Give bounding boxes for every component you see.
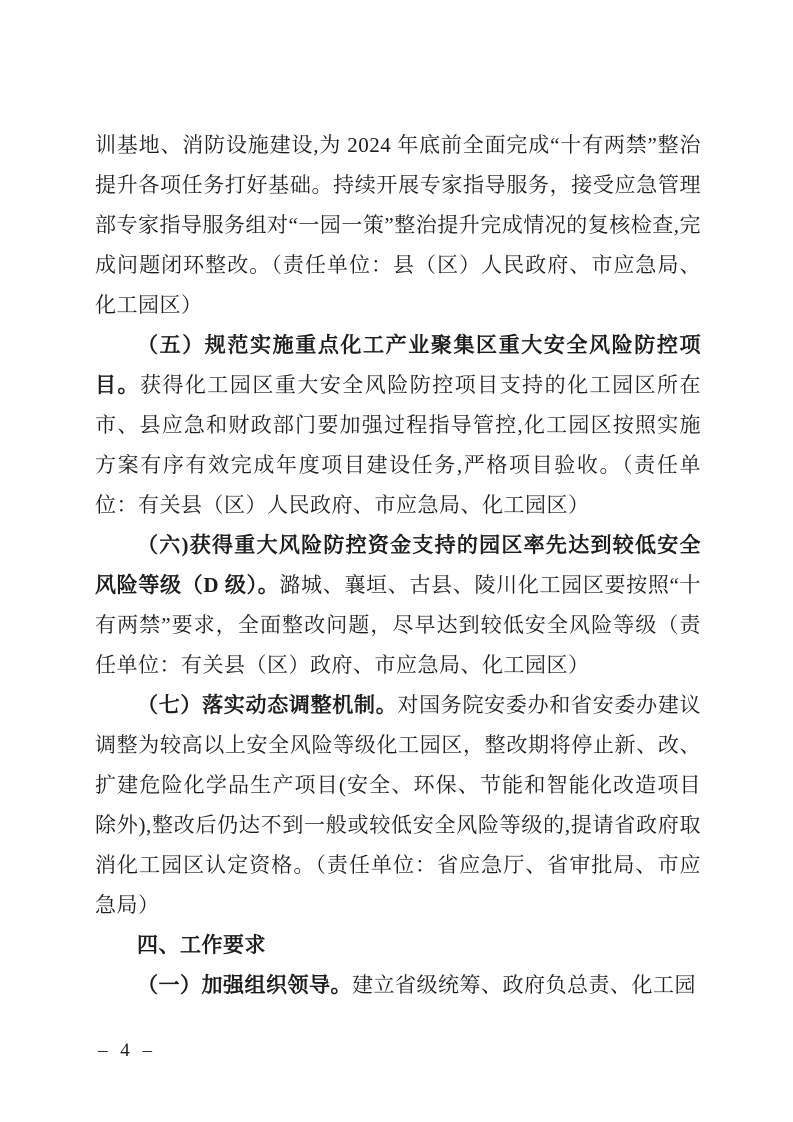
page-number: – 4 – xyxy=(98,1040,156,1062)
item-5-body: 获得化工园区重大安全风险防控项目支持的化工园区所在市、县应急和财政部门要加强过程… xyxy=(95,373,701,517)
document-page: 训基地、消防设施建设,为 2024 年底前全面完成“十有两禁”整治提升各项任务打… xyxy=(0,0,793,1122)
item-7-heading: （七）落实动态调整机制。 xyxy=(137,693,397,717)
paragraph-item-7: （七）落实动态调整机制。对国务院安委办和省安委办建议调整为较高以上安全风险等级化… xyxy=(95,685,701,925)
paragraph-item-1-section-4: （一）加强组织领导。建立省级统筹、政府负总责、化工园 xyxy=(95,965,701,1005)
item-1-body: 建立省级统筹、政府负总责、化工园 xyxy=(352,973,696,997)
item-1-heading: （一）加强组织领导。 xyxy=(137,973,352,997)
section-4-heading-text: 四、工作要求 xyxy=(137,933,266,957)
paragraph-text: 训基地、消防设施建设,为 2024 年底前全面完成“十有两禁”整治提升各项任务打… xyxy=(95,133,701,317)
paragraph-continuation: 训基地、消防设施建设,为 2024 年底前全面完成“十有两禁”整治提升各项任务打… xyxy=(95,125,701,325)
section-4-heading: 四、工作要求 xyxy=(95,925,701,965)
document-body: 训基地、消防设施建设,为 2024 年底前全面完成“十有两禁”整治提升各项任务打… xyxy=(95,125,701,1005)
item-7-body: 对国务院安委办和省安委办建议调整为较高以上安全风险等级化工园区，整改期将停止新、… xyxy=(95,693,701,917)
paragraph-item-5: （五）规范实施重点化工产业聚集区重大安全风险防控项目。获得化工园区重大安全风险防… xyxy=(95,325,701,525)
paragraph-item-6: （六)获得重大风险防控资金支持的园区率先达到较低安全风险等级（D 级）。潞城、襄… xyxy=(95,525,701,685)
